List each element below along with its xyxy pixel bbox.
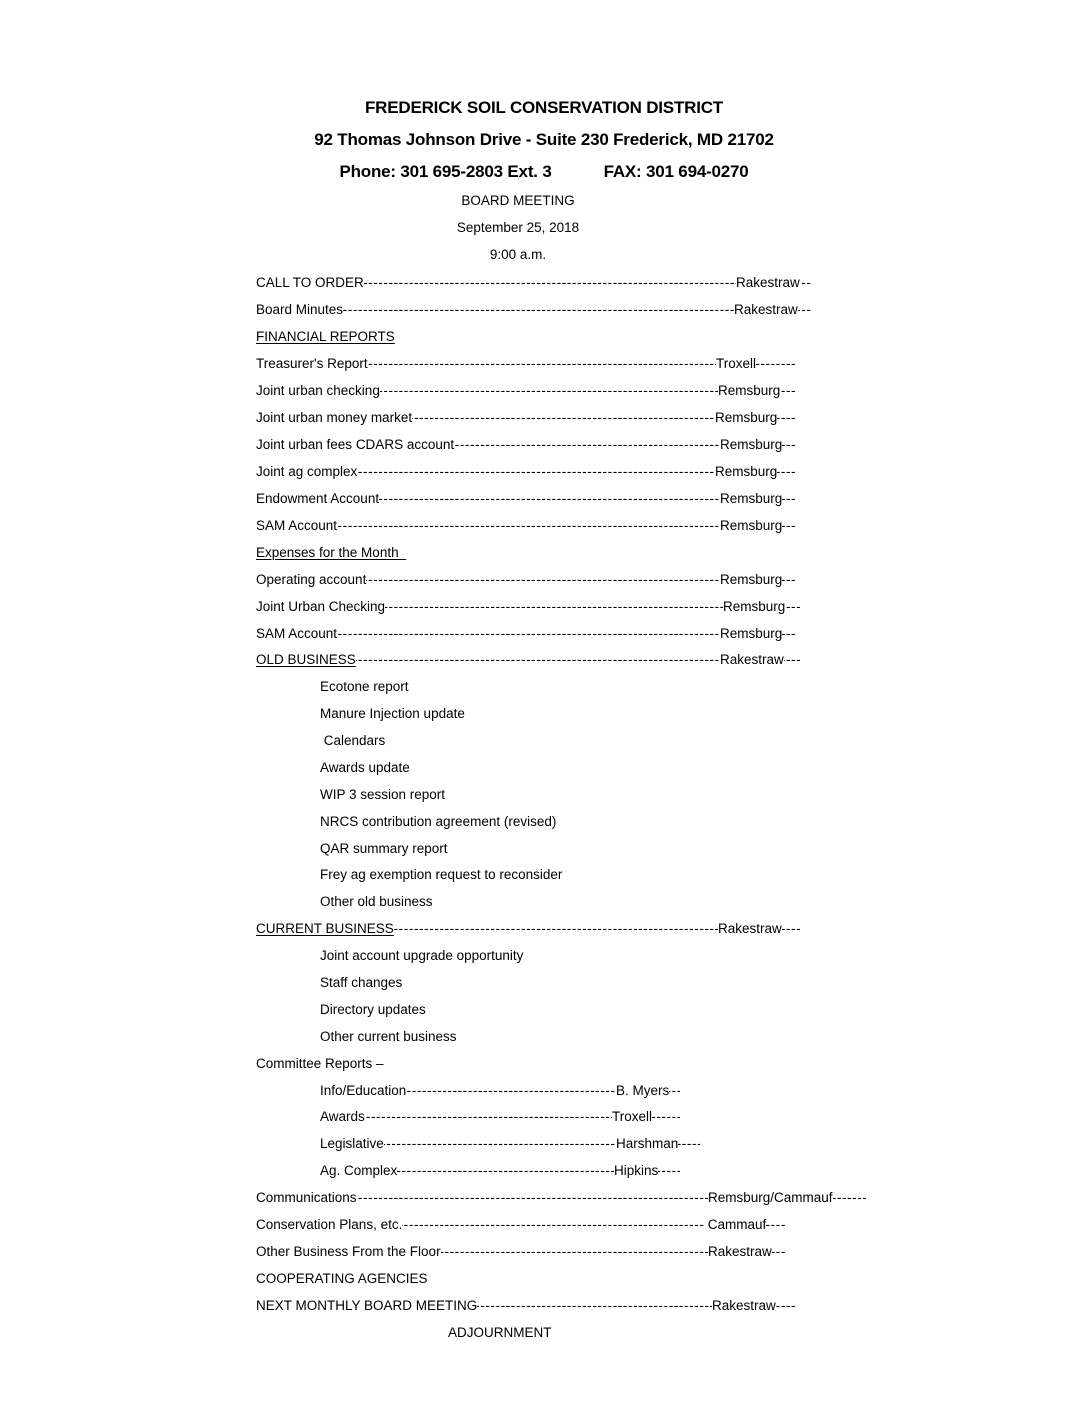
item-label: Conservation Plans, etc. bbox=[256, 1215, 402, 1235]
agenda-item: ----------------------------------------… bbox=[256, 516, 796, 536]
heading-text: Expenses for the Month bbox=[256, 545, 399, 560]
item-label: Endowment Account bbox=[256, 489, 379, 509]
sub-item: Other old business bbox=[320, 892, 433, 912]
sub-item: Ecotone report bbox=[320, 677, 409, 697]
item-label: SAM Account bbox=[256, 516, 337, 536]
committee-item: ----------------------------------------… bbox=[320, 1107, 680, 1127]
agenda-item-adjournment: ADJOURNMENT bbox=[448, 1323, 552, 1343]
item-label: Joint ag complex bbox=[256, 462, 357, 482]
item-presenter: Remsburg bbox=[715, 408, 777, 428]
item-label: Communications bbox=[256, 1188, 357, 1208]
item-presenter: Rakestraw bbox=[708, 1242, 772, 1262]
agenda-item: ----------------------------------------… bbox=[256, 624, 796, 644]
agenda-item-call-to-order: ----------------------------------------… bbox=[256, 273, 812, 293]
item-label: Awards bbox=[320, 1107, 365, 1127]
sub-item: WIP 3 session report bbox=[320, 785, 445, 805]
item-label: Ag. Complex bbox=[320, 1161, 397, 1181]
section-heading-current-business: CURRENT BUSINESS bbox=[256, 919, 394, 939]
item-label: Joint Urban Checking bbox=[256, 597, 385, 617]
section-heading-expenses: Expenses for the Month bbox=[256, 543, 406, 563]
agenda-item: ----------------------------------------… bbox=[256, 597, 801, 617]
item-presenter: Remsburg bbox=[715, 462, 777, 482]
item-label: SAM Account bbox=[256, 624, 337, 644]
agenda-item-board-minutes: ----------------------------------------… bbox=[256, 300, 812, 320]
sub-item: Other current business bbox=[320, 1027, 457, 1047]
item-presenter: Remsburg bbox=[720, 570, 782, 590]
organization-name: FREDERICK SOIL CONSERVATION DISTRICT bbox=[0, 98, 1088, 118]
item-presenter: Harshman bbox=[616, 1134, 678, 1154]
agenda-item: ----------------------------------------… bbox=[256, 408, 796, 428]
committee-item: ----------------------------------------… bbox=[320, 1134, 700, 1154]
item-label: Info/Education bbox=[320, 1081, 406, 1101]
sub-item: Calendars bbox=[320, 731, 385, 751]
item-label: Joint urban checking bbox=[256, 381, 380, 401]
agenda-item: ----------------------------------------… bbox=[256, 435, 796, 455]
agenda-item-next-meeting: ----------------------------------------… bbox=[256, 1296, 796, 1316]
item-label: Joint urban fees CDARS account bbox=[256, 435, 454, 455]
agenda-item-cooperating-agencies: COOPERATING AGENCIES bbox=[256, 1269, 428, 1289]
phone-number: Phone: 301 695-2803 Ext. 3 bbox=[339, 162, 551, 181]
item-label: Other Business From the Floor bbox=[256, 1242, 441, 1262]
item-presenter: B. Myers bbox=[616, 1081, 669, 1101]
sub-item: NRCS contribution agreement (revised) bbox=[320, 812, 556, 832]
committee-item: ----------------------------------------… bbox=[320, 1081, 680, 1101]
sub-item: QAR summary report bbox=[320, 839, 448, 859]
item-label: Board Minutes bbox=[256, 300, 343, 320]
section-heading-financial-reports: FINANCIAL REPORTS bbox=[256, 327, 395, 347]
item-presenter: Rakestraw bbox=[712, 1296, 776, 1316]
section-heading-old-business: OLD BUSINESS bbox=[256, 650, 356, 670]
section-old-business: ----------------------------------------… bbox=[256, 650, 801, 670]
committee-item: ----------------------------------------… bbox=[320, 1161, 680, 1181]
fax-number: FAX: 301 694-0270 bbox=[604, 162, 749, 181]
item-label: Operating account bbox=[256, 570, 366, 590]
item-presenter: Remsburg bbox=[723, 597, 785, 617]
item-presenter: Cammauf bbox=[704, 1215, 766, 1235]
item-presenter: Remsburg bbox=[720, 435, 782, 455]
item-presenter: Remsburg bbox=[720, 516, 782, 536]
item-presenter: Rakestraw bbox=[734, 300, 798, 320]
meeting-time: 9:00 a.m. bbox=[0, 247, 1062, 262]
item-presenter: Remsburg bbox=[718, 381, 780, 401]
item-presenter: Hipkins bbox=[614, 1161, 658, 1181]
sub-item: Awards update bbox=[320, 758, 410, 778]
sub-item: Joint account upgrade opportunity bbox=[320, 946, 523, 966]
agenda-item: ----------------------------------------… bbox=[256, 489, 796, 509]
agenda-item-communications: ----------------------------------------… bbox=[256, 1188, 866, 1208]
item-presenter: Remsburg bbox=[720, 489, 782, 509]
agenda-page: FREDERICK SOIL CONSERVATION DISTRICT 92 … bbox=[0, 0, 1088, 1408]
agenda-item: ----------------------------------------… bbox=[256, 570, 796, 590]
item-label: Treasurer's Report bbox=[256, 354, 368, 374]
item-label: CALL TO ORDER bbox=[256, 273, 364, 293]
meeting-type: BOARD MEETING bbox=[0, 193, 1062, 208]
agenda-item: ----------------------------------------… bbox=[256, 462, 796, 482]
meeting-date: September 25, 2018 bbox=[0, 220, 1062, 235]
sub-item: Frey ag exemption request to reconsider bbox=[320, 865, 562, 885]
contact-line: Phone: 301 695-2803 Ext. 3FAX: 301 694-0… bbox=[0, 162, 1088, 182]
item-presenter: Rakestraw bbox=[736, 273, 800, 293]
organization-address: 92 Thomas Johnson Drive - Suite 230 Fred… bbox=[0, 130, 1088, 150]
sub-item: Manure Injection update bbox=[320, 704, 465, 724]
agenda-item-other-business: ----------------------------------------… bbox=[256, 1242, 786, 1262]
agenda-item: ----------------------------------------… bbox=[256, 354, 796, 374]
section-heading-committee-reports: Committee Reports – bbox=[256, 1054, 384, 1074]
section-current-business: ----------------------------------------… bbox=[256, 919, 801, 939]
sub-item: Staff changes bbox=[320, 973, 402, 993]
item-presenter: Remsburg/Cammauf bbox=[708, 1188, 833, 1208]
item-presenter: Remsburg bbox=[720, 624, 782, 644]
item-presenter: Rakestraw bbox=[720, 650, 784, 670]
item-presenter: Troxell bbox=[612, 1107, 652, 1127]
item-label: Joint urban money market bbox=[256, 408, 412, 428]
item-label: NEXT MONTHLY BOARD MEETING bbox=[256, 1296, 477, 1316]
agenda-item: ----------------------------------------… bbox=[256, 381, 796, 401]
item-presenter: Troxell bbox=[716, 354, 756, 374]
agenda-item-conservation-plans: ----------------------------------------… bbox=[256, 1215, 786, 1235]
item-presenter: Rakestraw bbox=[718, 919, 782, 939]
item-label: Legislative bbox=[320, 1134, 384, 1154]
sub-item: Directory updates bbox=[320, 1000, 426, 1020]
